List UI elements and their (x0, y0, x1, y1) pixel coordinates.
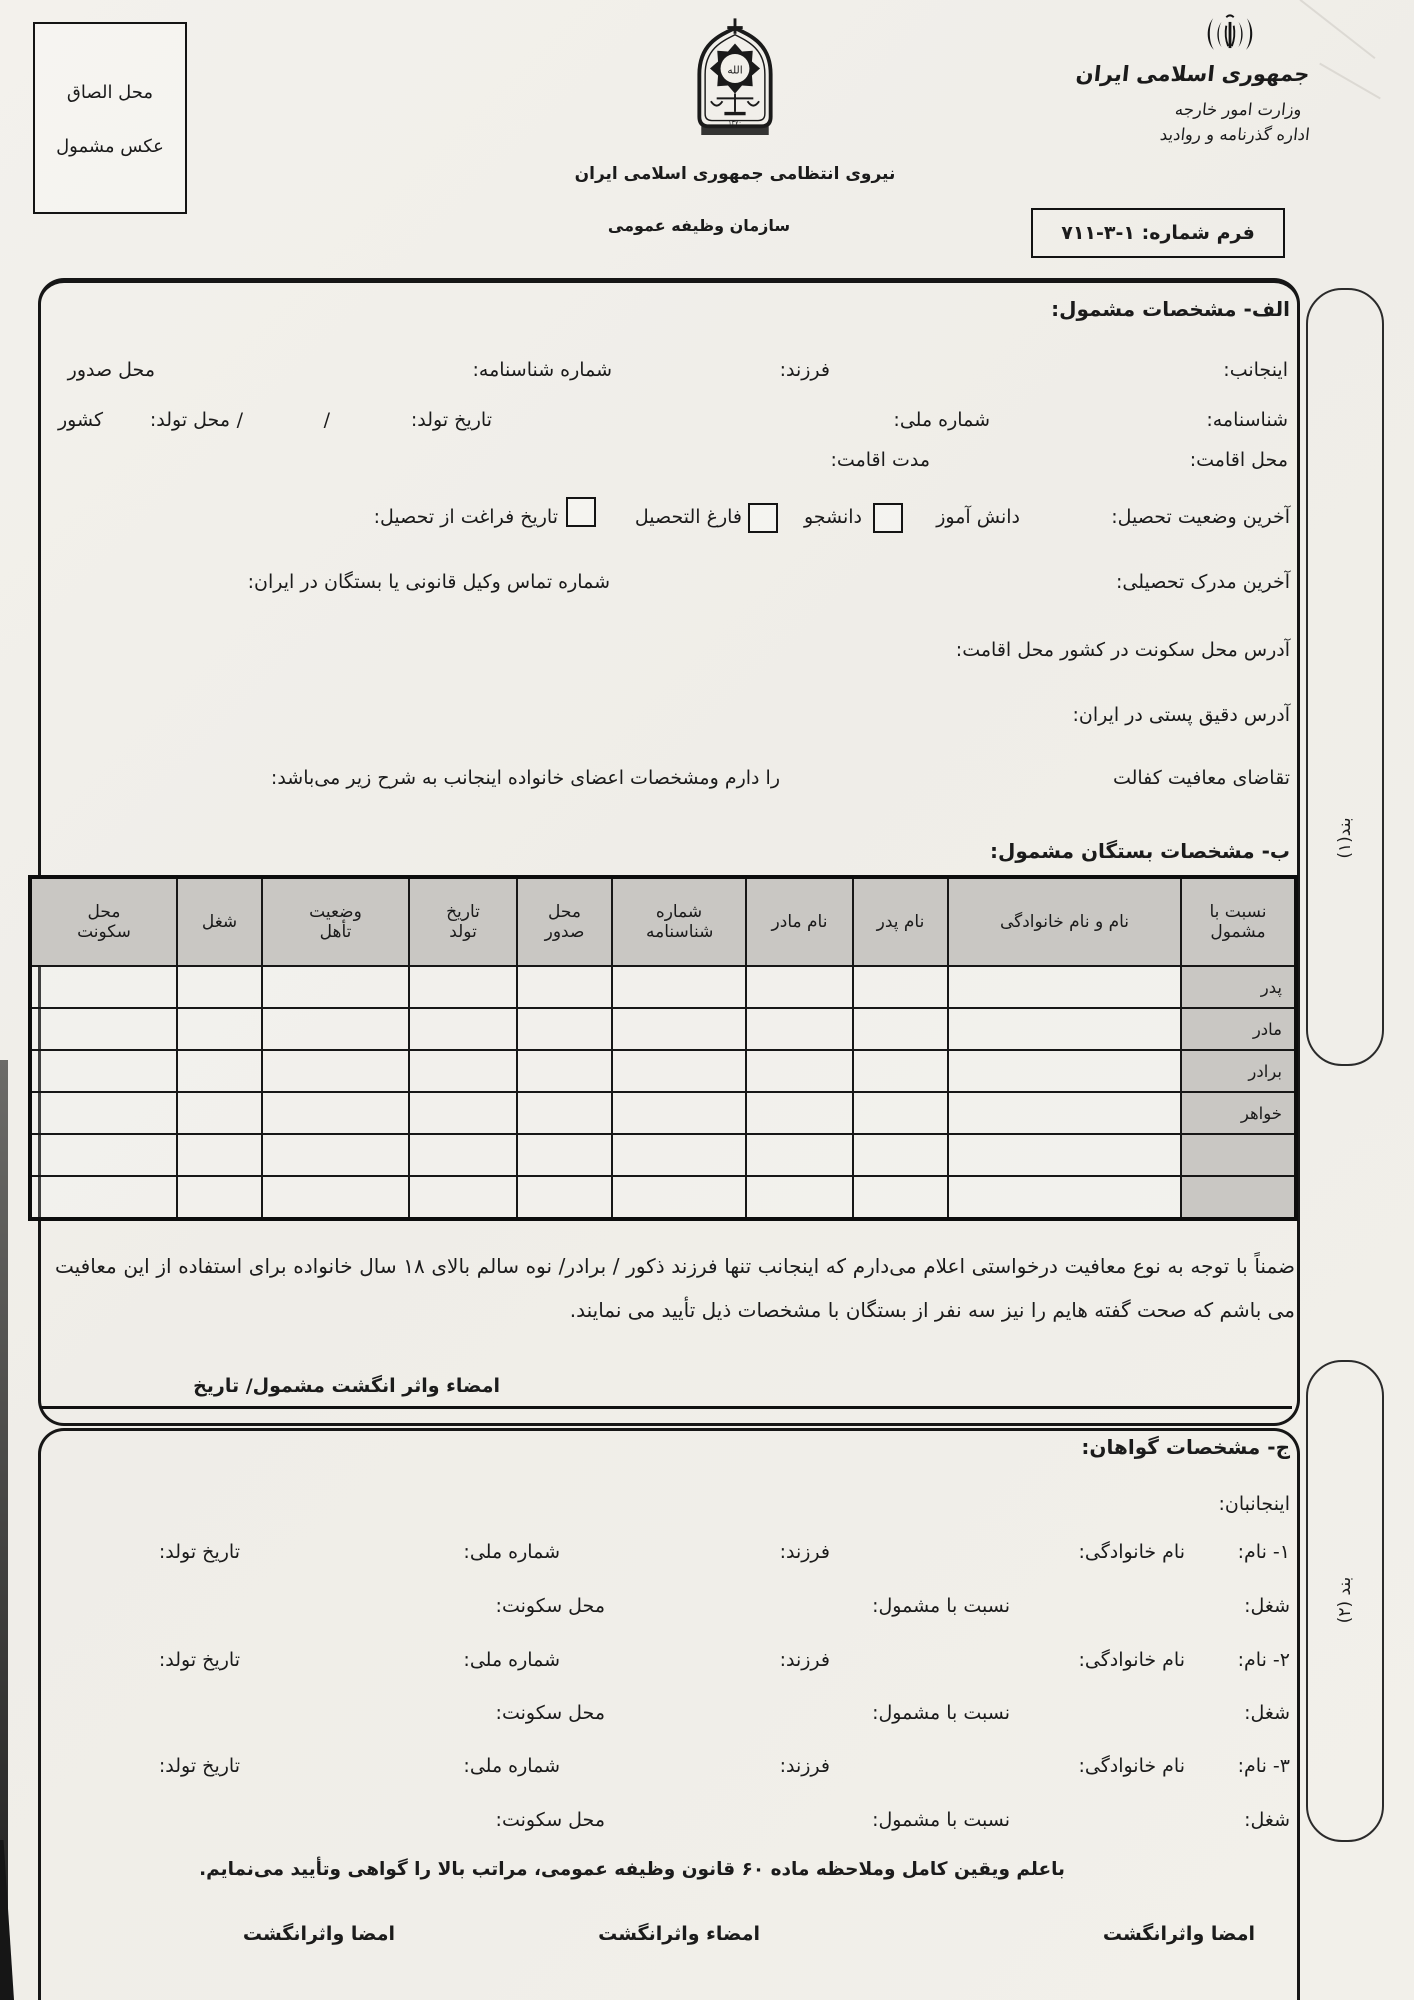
photo-attach-box: محل الصاق عکس مشمول (33, 22, 187, 214)
iran-national-emblem-icon (1202, 12, 1258, 58)
witness2-national-id-label: شماره ملی: (463, 1648, 560, 1674)
signature-slot-right: امضا واثرانگشت (1103, 1922, 1255, 1948)
col-job: شغل (177, 877, 262, 966)
side-tab-band1: بند(۱) (1306, 288, 1384, 1066)
svg-text:الله: الله (727, 64, 742, 76)
label-witnesses-intro: اینجانبان: (1218, 1492, 1290, 1518)
svg-text:۱۳۷۰: ۱۳۷۰ (728, 119, 741, 126)
conscript-signature-label: امضاء واثر انگشت مشمول/ تاریخ (193, 1374, 500, 1400)
paper-crease (1319, 63, 1381, 100)
witness2-relation-label: نسبت با مشمول: (872, 1701, 1010, 1727)
table-header-row: محل سکونت شغل وضعیت تأهل تاریخ تولد محل … (30, 877, 1296, 966)
label-id-number: شماره شناسنامه: (472, 358, 612, 384)
police-emblem-icon: الله ۱۳۷۰ (682, 18, 788, 146)
signature-slot-center: امضاء واثرانگشت (598, 1922, 760, 1948)
witness2-birth-date-label: تاریخ تولد: (159, 1648, 240, 1674)
photo-box-line2: عکس مشمول (35, 136, 185, 157)
label-residence-duration: مدت اقامت: (831, 448, 930, 474)
date-slash: / (324, 408, 330, 434)
section-c-box (38, 1428, 1300, 2000)
row-label-father: پدر (1181, 966, 1296, 1008)
col-mother-name: نام مادر (746, 877, 853, 966)
label-address-iran: آدرس دقیق پستی در ایران: (1072, 703, 1290, 729)
form-number: فرم شماره: ۱-۳-۷۱۱ (1061, 222, 1255, 244)
conscription-org-title: سازمان وظیفه عمومی (499, 215, 899, 237)
witness3-family-label: نام خانوادگی: (1078, 1754, 1185, 1780)
table-row-sister: خواهر (30, 1092, 1296, 1134)
label-injaneb: اینجانب: (1223, 358, 1288, 384)
option-student-school: دانش آموز (936, 505, 1020, 531)
section-a-title: الف- مشخصات مشمول: (1051, 296, 1290, 323)
witness2-name-label: ۲- نام: (1238, 1648, 1290, 1674)
row-label-empty (1181, 1176, 1296, 1219)
ministry-title: وزارت امور خارجه (1174, 99, 1303, 121)
side-tab-band1-label: بند(۱) (1335, 778, 1355, 898)
witness3-residence-label: محل سکونت: (496, 1808, 605, 1834)
form-number-box: فرم شماره: ۱-۳-۷۱۱ (1031, 208, 1285, 258)
witness1-name-label: ۱- نام: (1238, 1540, 1290, 1566)
label-residence-place: محل اقامت: (1190, 448, 1288, 474)
col-relation: نسبت با مشمول (1181, 877, 1296, 966)
scanned-form-page: محل الصاق عکس مشمول الله ۱۳۷۰ نیروی انتظ… (0, 0, 1414, 2000)
section-b-title: ب- مشخصات بستگان مشمول: (990, 838, 1290, 865)
label-issue-place: محل صدور (68, 358, 155, 384)
date-slash: / (237, 408, 243, 434)
witness1-residence-label: محل سکونت: (496, 1594, 605, 1620)
label-national-id: شماره ملی: (893, 408, 990, 434)
witness3-birth-date-label: تاریخ تولد: (159, 1754, 240, 1780)
col-id-number: شماره شناسنامه (612, 877, 746, 966)
row-label-brother: برادر (1181, 1050, 1296, 1092)
witness1-family-label: نام خانوادگی: (1078, 1540, 1185, 1566)
col-father-name: نام پدر (853, 877, 948, 966)
table-row-mother: مادر (30, 1008, 1296, 1050)
police-org-title: نیروی انتظامی جمهوری اسلامی ایران (535, 163, 935, 186)
table-row-empty (30, 1134, 1296, 1176)
paper-crease (1299, 0, 1375, 59)
ministry-country-title: جمهوری اسلامی ایران (1075, 60, 1311, 88)
side-tab-band2-label: بند (۲) (1335, 1540, 1355, 1660)
witness3-relation-label: نسبت با مشمول: (872, 1808, 1010, 1834)
table-row-father: پدر (30, 966, 1296, 1008)
label-last-degree: آخرین مدرک تحصیلی: (1116, 570, 1290, 596)
col-marital-status: وضعیت تأهل (262, 877, 409, 966)
side-tab-band2: بند (۲) (1306, 1360, 1384, 1842)
col-birth-date: تاریخ تولد (409, 877, 517, 966)
label-graduation-date: تاریخ فراغت از تحصیل: (374, 505, 558, 531)
table-row-brother: برادر (30, 1050, 1296, 1092)
witness3-job-label: شغل: (1244, 1808, 1290, 1834)
label-education-status: آخرین وضعیت تحصیل: (1111, 505, 1290, 531)
witness-attestation: باعلم ویقین کامل وملاحظه ماده ۶۰ قانون و… (199, 1858, 1065, 1883)
col-issue-place: محل صدور (517, 877, 612, 966)
col-full-name: نام و نام خانوادگی (948, 877, 1181, 966)
witness1-relation-label: نسبت با مشمول: (872, 1594, 1010, 1620)
col-residence: محل سکونت (30, 877, 177, 966)
witness1-national-id-label: شماره ملی: (463, 1540, 560, 1566)
row-label-mother: مادر (1181, 1008, 1296, 1050)
section-c-title: ج- مشخصات گواهان: (1081, 1434, 1290, 1461)
label-country: کشور (58, 408, 103, 434)
signature-slot-left: امضا واثرانگشت (243, 1922, 395, 1948)
witness3-name-label: ۳- نام: (1238, 1754, 1290, 1780)
label-exemption-request-rest: را دارم ومشخصات اعضای خانواده اینجانب به… (271, 766, 780, 792)
witness2-child-of-label: فرزند: (780, 1648, 830, 1674)
label-id-booklet: شناسنامه: (1206, 408, 1288, 434)
declaration-paragraph: ضمناً با توجه به نوع معافیت درخواستی اعل… (55, 1244, 1295, 1332)
witness2-family-label: نام خانوادگی: (1078, 1648, 1185, 1674)
label-lawyer-phone: شماره تماس وکیل قانونی یا بستگان در ایرا… (248, 570, 610, 596)
witness3-child-of-label: فرزند: (780, 1754, 830, 1780)
option-graduate: فارغ التحصیل (635, 505, 742, 531)
photo-box-line1: محل الصاق (35, 82, 185, 103)
table-row-empty (30, 1176, 1296, 1219)
label-exemption-request: تقاضای معافیت کفالت (1113, 766, 1290, 792)
witness1-child-of-label: فرزند: (780, 1540, 830, 1566)
checkbox-graduate[interactable] (566, 497, 596, 527)
signature-line (40, 1406, 1292, 1409)
checkbox-student-school[interactable] (873, 503, 903, 533)
checkbox-student-university[interactable] (748, 503, 778, 533)
witness1-birth-date-label: تاریخ تولد: (159, 1540, 240, 1566)
witness2-residence-label: محل سکونت: (496, 1701, 605, 1727)
label-address-abroad: آدرس محل سکونت در کشور محل اقامت: (956, 638, 1290, 664)
witness3-national-id-label: شماره ملی: (463, 1754, 560, 1780)
label-child-of: فرزند: (780, 358, 830, 384)
witness2-job-label: شغل: (1244, 1701, 1290, 1727)
label-birth-place: محل تولد: (150, 408, 230, 434)
option-student-university: دانشجو (804, 505, 862, 531)
row-label-sister: خواهر (1181, 1092, 1296, 1134)
label-birth-date: تاریخ تولد: (411, 408, 492, 434)
row-label-empty (1181, 1134, 1296, 1176)
passport-office-title: اداره گذرنامه و روادید (1159, 124, 1311, 146)
witness1-job-label: شغل: (1244, 1594, 1290, 1620)
relatives-table: محل سکونت شغل وضعیت تأهل تاریخ تولد محل … (28, 875, 1298, 1221)
